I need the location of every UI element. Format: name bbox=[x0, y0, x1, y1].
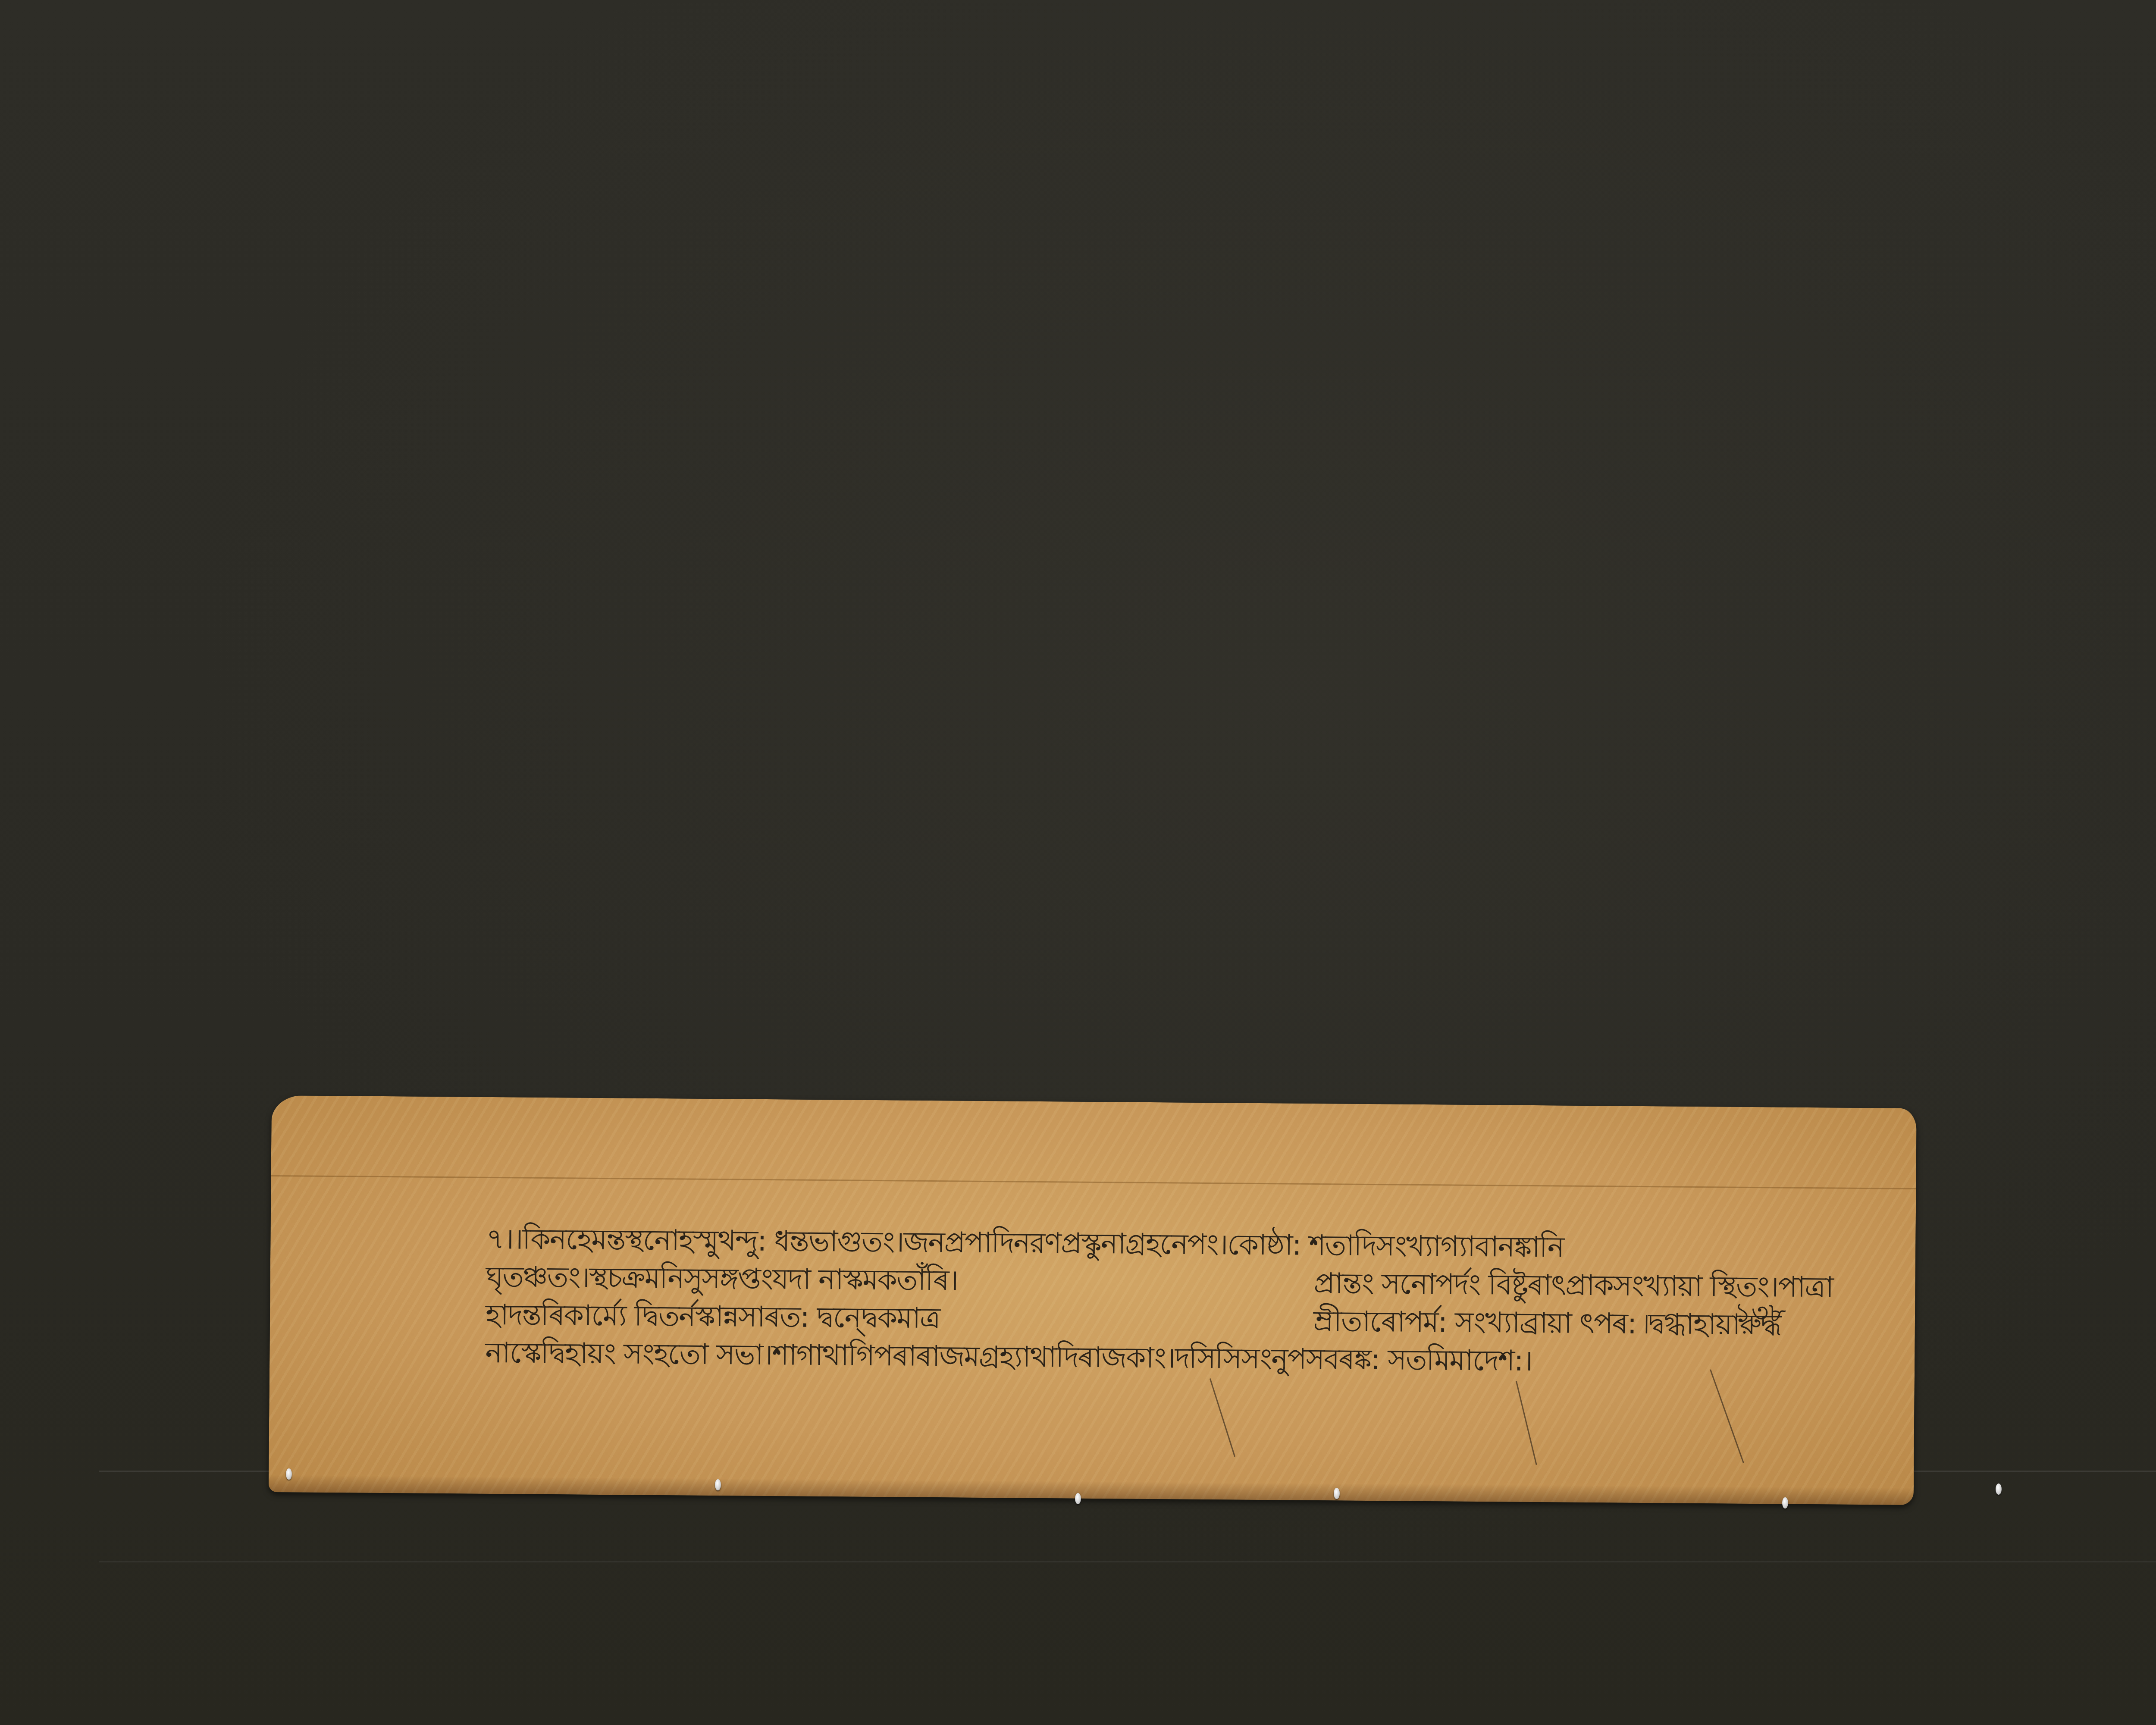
manuscript-text: ৭।।কিনহেমন্তস্থনোহস্মুথন্দু: ধম্তভাগুতং।… bbox=[485, 1220, 1917, 1383]
manuscript-leaf: ৭।।কিনহেমন্তস্থনোহস্মুথন্দু: ধম্তভাগুতং।… bbox=[269, 1095, 1917, 1505]
folio-number: ১৩৮ bbox=[1734, 1292, 1786, 1337]
text-line-3-left: হাদন্তৰিকাৰ্ম্যে দ্বিতৰ্নস্কান্নসাৰত: দ্… bbox=[486, 1296, 940, 1337]
leaf-crease bbox=[271, 1175, 1916, 1189]
mounting-pin bbox=[1334, 1488, 1340, 1499]
ink-stroke bbox=[1210, 1378, 1235, 1457]
ink-stroke bbox=[1516, 1381, 1537, 1465]
mounting-pin bbox=[715, 1479, 721, 1490]
mount-guide-line bbox=[99, 1561, 2156, 1562]
mounting-pin bbox=[1782, 1497, 1788, 1509]
ink-stroke bbox=[1710, 1369, 1744, 1463]
text-line-4-content: নাস্কেদ্বিহায়ং সংহতো সভা।শাগাথাগিপৰাৰাজ… bbox=[485, 1334, 1532, 1380]
text-line-3-right: ম্ৰীতাৰোপৰ্ম: সংখ্যাব্রায়া ৎপৰ: ৷দ্বগ্ধ… bbox=[1313, 1302, 1781, 1344]
text-line-2-left: ঘৃতঞ্চতং।স্থচক্রমনিসুসঙ্গপ্তংযদা নাস্কমক… bbox=[486, 1258, 958, 1300]
mounting-pin bbox=[286, 1468, 292, 1480]
mounting-pin bbox=[1996, 1483, 2002, 1495]
mounting-pin bbox=[1075, 1493, 1081, 1504]
